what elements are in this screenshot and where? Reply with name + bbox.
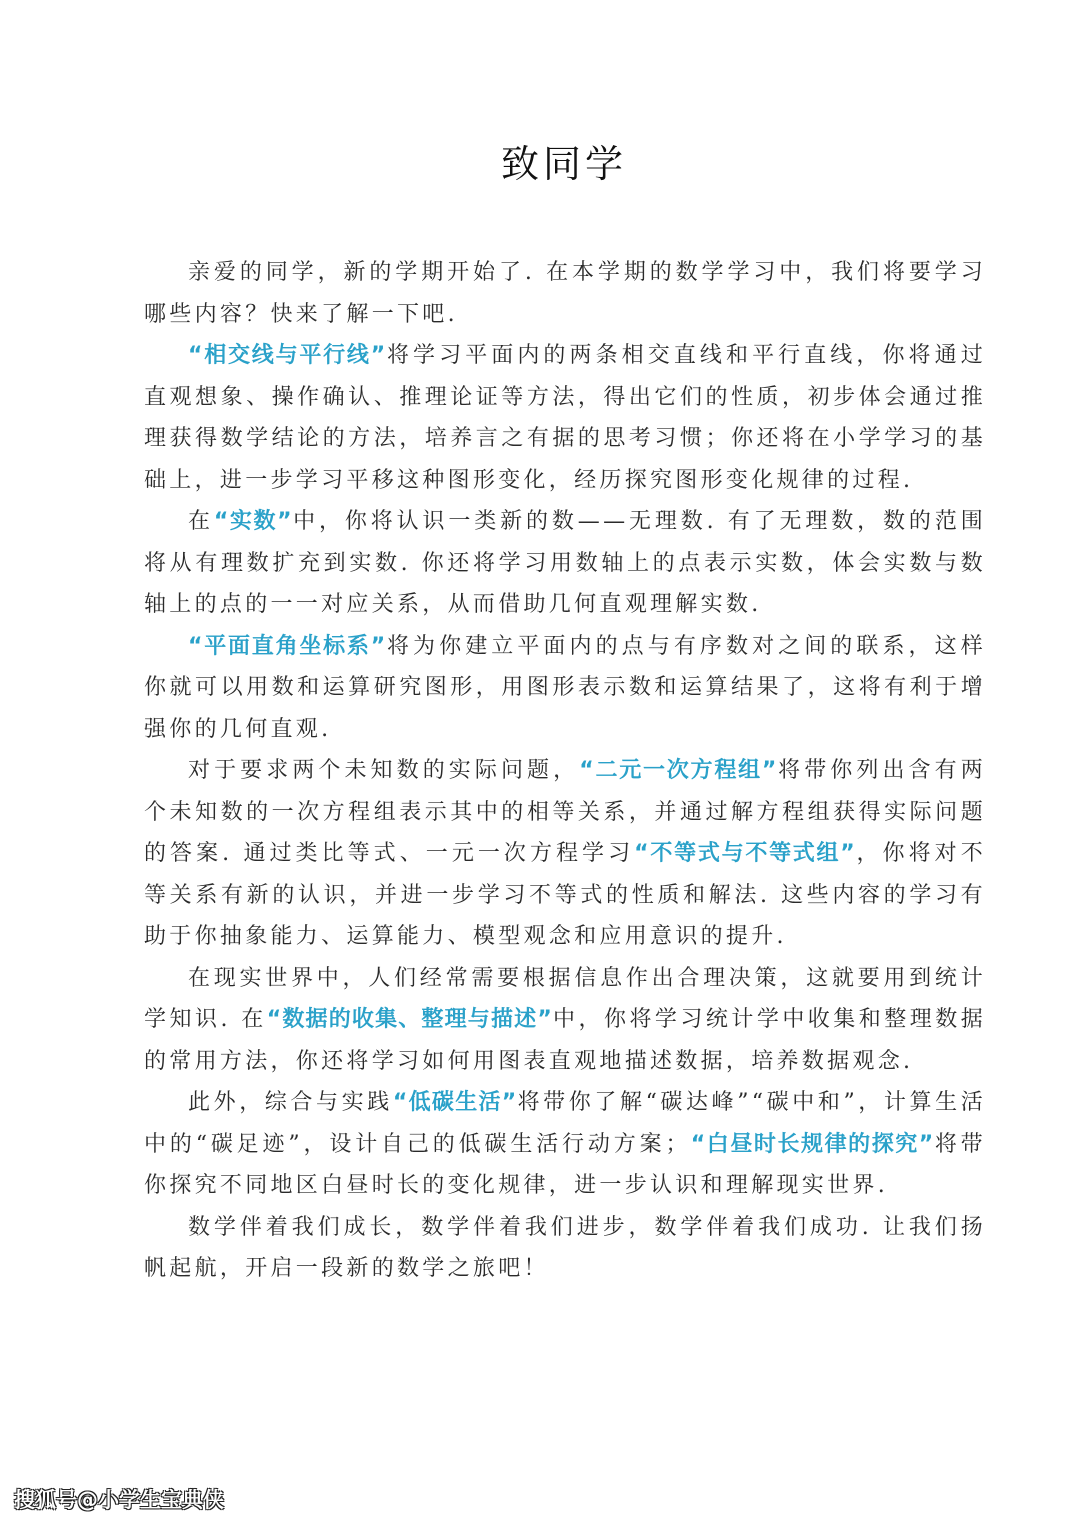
chapter-title-highlight: “实数” bbox=[214, 509, 293, 534]
watermark: 搜狐号@小学生宝典侠 bbox=[14, 1484, 224, 1514]
paragraph-text: 此外，综合与实践 bbox=[188, 1090, 393, 1115]
paragraph-text: 在 bbox=[188, 509, 214, 534]
paragraph-real-numbers: 在“实数”中，你将认识一类新的数——无理数. 有了无理数，数的范围将从有理数扩充… bbox=[144, 501, 986, 626]
paragraph-intro: 亲爱的同学，新的学期开始了. 在本学期的数学学习中，我们将要学习哪些内容？快来了… bbox=[144, 252, 986, 335]
chapter-title-highlight: “低碳生活” bbox=[393, 1090, 517, 1115]
page-title: 致同学 bbox=[0, 133, 1080, 188]
paragraph-text: 亲爱的同学，新的学期开始了. 在本学期的数学学习中，我们将要学习哪些内容？快来了… bbox=[144, 260, 986, 327]
chapter-title-highlight: “平面直角坐标系” bbox=[188, 634, 386, 659]
chapter-title-highlight: “相交线与平行线” bbox=[188, 343, 386, 368]
paragraph-practice: 此外，综合与实践“低碳生活”将带你了解“碳达峰”“碳中和”，计算生活中的“碳足迹… bbox=[144, 1082, 986, 1207]
paragraph-statistics: 在现实世界中，人们经常需要根据信息作出合理决策，这就要用到统计学知识. 在“数据… bbox=[144, 958, 986, 1083]
paragraph-text: 数学伴着我们成长，数学伴着我们进步，数学伴着我们成功. 让我们扬帆起航，开启一段… bbox=[144, 1215, 986, 1282]
paragraph-equations-inequalities: 对于要求两个未知数的实际问题，“二元一次方程组”将带你列出含有两个未知数的一次方… bbox=[144, 750, 986, 958]
chapter-title-highlight: “数据的收集、整理与描述” bbox=[267, 1007, 553, 1032]
chapter-title-highlight: “不等式与不等式组” bbox=[634, 841, 856, 866]
chapter-title-highlight: “白昼时长规律的探究” bbox=[691, 1132, 934, 1157]
paragraph-text: 对于要求两个未知数的实际问题， bbox=[188, 758, 579, 783]
paragraph-closing: 数学伴着我们成长，数学伴着我们进步，数学伴着我们成功. 让我们扬帆起航，开启一段… bbox=[144, 1207, 986, 1290]
chapter-title-highlight: “二元一次方程组” bbox=[579, 758, 777, 783]
letter-body: 亲爱的同学，新的学期开始了. 在本学期的数学学习中，我们将要学习哪些内容？快来了… bbox=[144, 252, 986, 1290]
paragraph-intersecting-parallel-lines: “相交线与平行线”将学习平面内的两条相交直线和平行直线，你将通过直观想象、操作确… bbox=[144, 335, 986, 501]
paragraph-coordinate-system: “平面直角坐标系”将为你建立平面内的点与有序数对之间的联系，这样你就可以用数和运… bbox=[144, 626, 986, 751]
